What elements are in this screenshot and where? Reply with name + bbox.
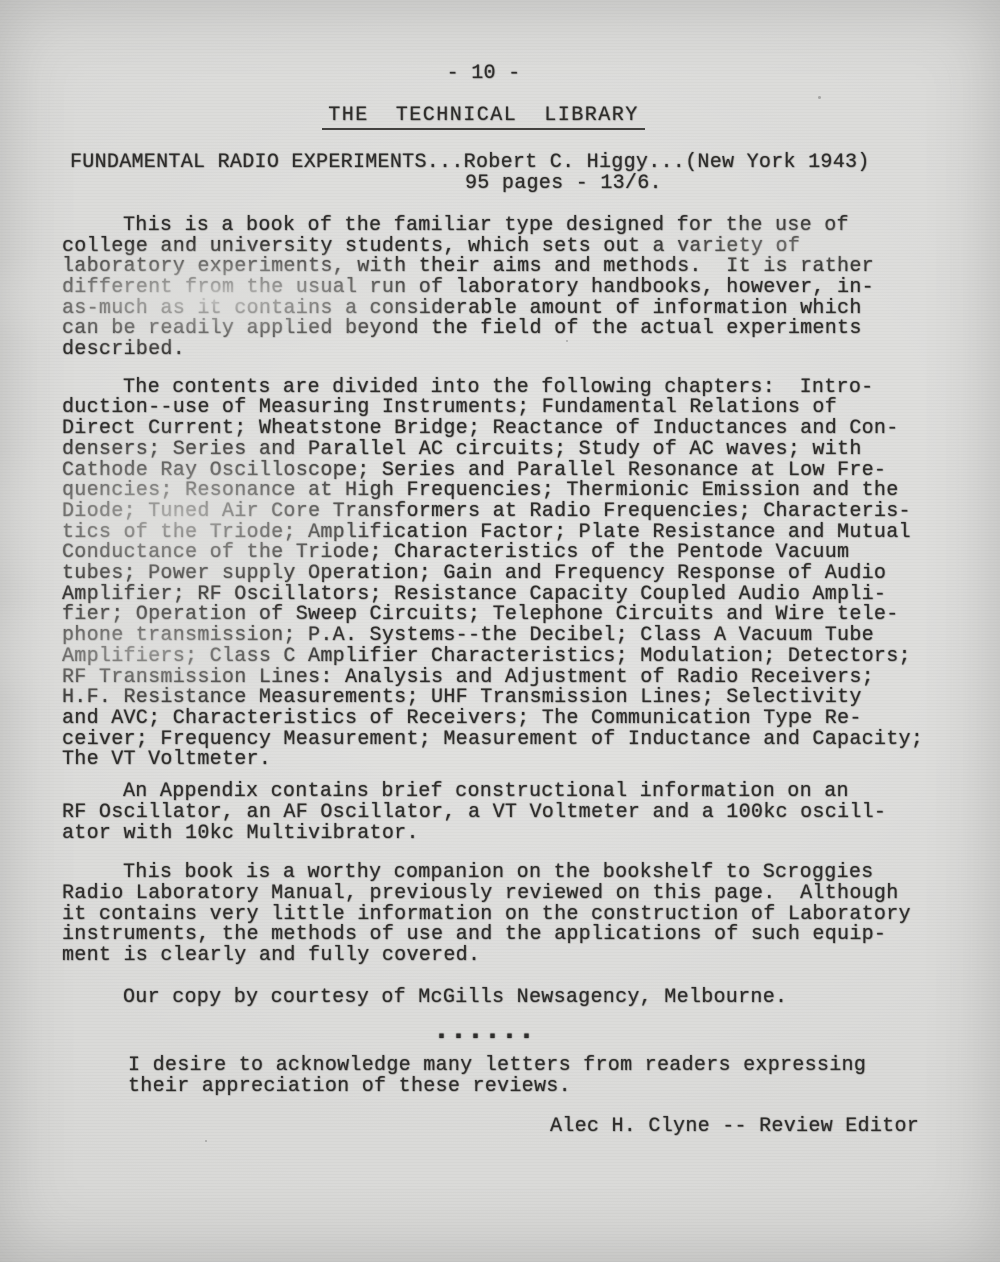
book-title-author-line: FUNDAMENTAL RADIO EXPERIMENTS...Robert C… [70,153,950,174]
scanned-typescript-page: - 10 - THE TECHNICAL LIBRARY FUNDAMENTAL… [0,0,1000,1262]
section-title-text: THE TECHNICAL LIBRARY [322,106,645,131]
review-paragraph-companion: This book is a worthy companion on the b… [62,863,950,967]
review-paragraph-appendix: An Appendix contains brief constructiona… [62,782,950,844]
page-number: - 10 - [62,64,905,85]
paper-speck [205,1140,207,1142]
review-paragraph-introduction: This is a book of the familiar type desi… [62,216,950,361]
review-paragraph-courtesy: Our copy by courtesy of McGills Newsagen… [62,988,950,1009]
section-title: THE TECHNICAL LIBRARY [62,106,905,131]
book-pages-price-line: 95 pages - 13/6. [465,174,950,195]
page-content: - 10 - THE TECHNICAL LIBRARY FUNDAMENTAL… [0,0,1000,1138]
editor-acknowledgement-note: I desire to acknowledge many letters fro… [128,1056,950,1097]
review-paragraph-contents: The contents are divided into the follow… [62,378,950,771]
section-separator-dots: ...... [62,1016,905,1046]
review-editor-signature: Alec H. Clyne -- Review Editor [550,1117,950,1138]
